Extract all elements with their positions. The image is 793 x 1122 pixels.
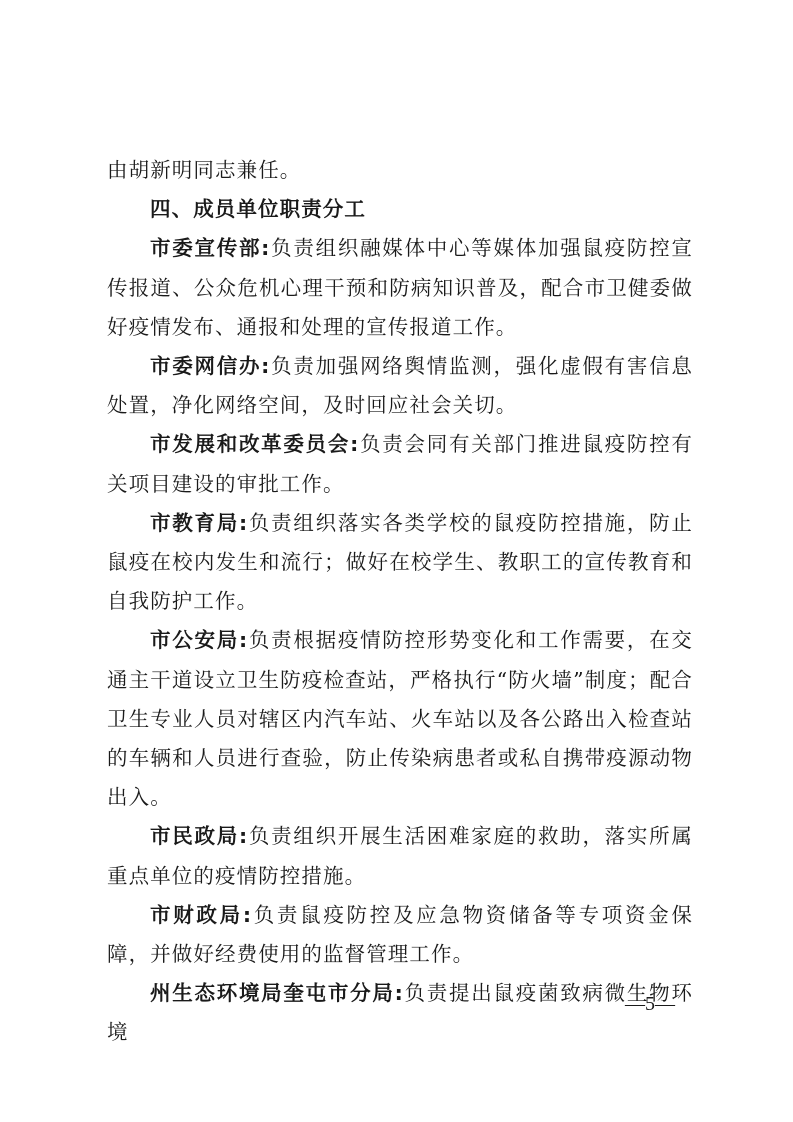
page-number: —5—: [610, 993, 690, 1016]
document-body: 由胡新明同志兼任。 四、成员单位职责分工 市委宣传部:负责组织融媒体中心等媒体加…: [107, 151, 693, 1053]
paragraph-lead: 市民政局:: [150, 824, 248, 848]
paragraph-lead: 市委网信办:: [150, 354, 270, 378]
paragraph-public-security: 市公安局:负责根据疫情防控形势变化和工作需要，在交通主干道设立卫生防疫检查站，严…: [107, 621, 693, 817]
paragraph-body: 负责根据疫情防控形势变化和工作需要，在交通主干道设立卫生防疫检查站，严格执行“防…: [107, 628, 693, 809]
paragraph-lead: 市委宣传部:: [150, 236, 270, 260]
paragraph-lead: 市发展和改革委员会:: [150, 432, 359, 456]
document-page: 由胡新明同志兼任。 四、成员单位职责分工 市委宣传部:负责组织融媒体中心等媒体加…: [0, 0, 793, 1122]
paragraph-development-reform: 市发展和改革委员会:负责会同有关部门推进鼠疫防控有关项目建设的审批工作。: [107, 425, 693, 503]
paragraph-lead: 市财政局:: [150, 903, 252, 927]
paragraph-ecology-environment: 州生态环境局奎屯市分局:负责提出鼠疫菌致病微生物环境: [107, 974, 693, 1052]
paragraph-lead: 市教育局:: [150, 511, 248, 535]
paragraph-education-bureau: 市教育局:负责组织落实各类学校的鼠疫防控措施，防止鼠疫在校内发生和流行；做好在校…: [107, 504, 693, 622]
paragraph-civil-affairs: 市民政局:负责组织开展生活困难家庭的救助，落实所属重点单位的疫情防控措施。: [107, 817, 693, 895]
paragraph-propaganda-dept: 市委宣传部:负责组织融媒体中心等媒体加强鼠疫防控宣传报道、公众危机心理干预和防病…: [107, 229, 693, 347]
paragraph-finance-bureau: 市财政局:负责鼠疫防控及应急物资储备等专项资金保障，并做好经费使用的监督管理工作…: [107, 896, 693, 974]
paragraph-lead: 市公安局:: [150, 628, 248, 652]
continuation-line: 由胡新明同志兼任。: [107, 151, 693, 190]
paragraph-lead: 州生态环境局奎屯市分局:: [150, 981, 404, 1005]
section-heading: 四、成员单位职责分工: [107, 190, 693, 229]
paragraph-cyberspace-office: 市委网信办:负责加强网络舆情监测，强化虚假有害信息处置，净化网络空间，及时回应社…: [107, 347, 693, 425]
